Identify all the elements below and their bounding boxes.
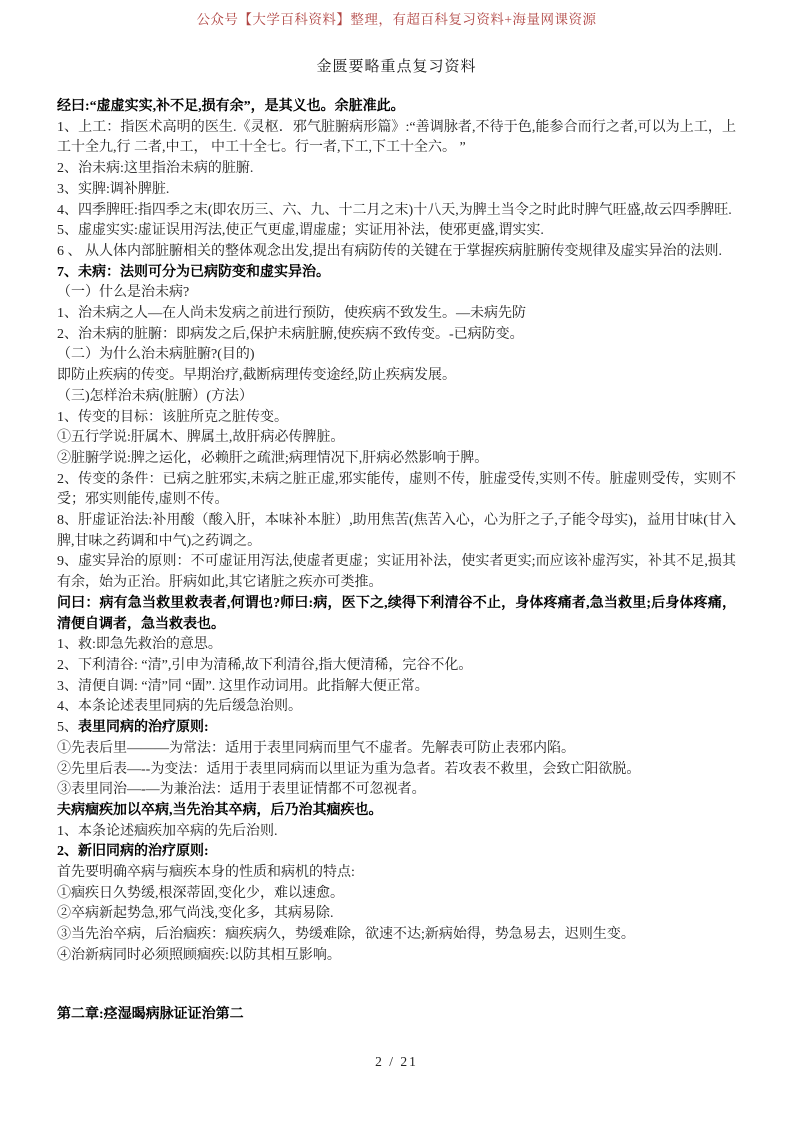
text-run: ①先表后里———为常法：适用于表里同病而里气不虚者。先解表可防止表邪内陷。 — [57, 741, 575, 756]
text-run: ②脏腑学说:脾之运化，必赖肝之疏泄;病理情况下,肝病必然影响于脾。 — [57, 451, 488, 466]
text-run: 4、本条论述表里同病的先后缓急治则。 — [57, 699, 302, 714]
paragraph: 夫病痼疾加以卒病,当先治其卒病，后乃治其痼疾也。 — [57, 801, 736, 822]
document-title: 金匮要略重点复习资料 — [57, 55, 736, 76]
text-run: 5、虚虚实实:虚证误用泻法,使正气更虚,谓虚虚；实证用补法，使邪更盛,谓实实. — [57, 223, 544, 238]
text-run: ③表里同治—-—为兼治法：适用于表里证情都不可忽视者。 — [57, 782, 426, 797]
text-run: ①五行学说:肝属木、脾属土,故肝病必传脾脏。 — [57, 430, 344, 445]
text-run: 2、传变的条件：已病之脏邪实,未病之脏正虚,邪实能传，虚则不传，脏虚受传,实则不… — [57, 472, 736, 508]
text-run: ③当先治卒病，后治痼疾：痼疾病久，势缓难除，欲速不达;新病始得，势急易去，迟则生… — [57, 927, 635, 942]
text-run: ④治新病同时必须照顾痼疾:以防其相互影响。 — [57, 948, 341, 963]
text-run: 即防止疾病的传变。早期治疗,截断病理传变途经,防止疾病发展。 — [57, 368, 456, 383]
text-run: 7、未病：法则可分为已病防变和虚实异治。 — [57, 265, 330, 280]
text-run: 4、四季脾旺:指四季之末(即农历三、六、九、十二月之末)十八天,为脾土当令之时此… — [57, 203, 732, 218]
paragraph: 即防止疾病的传变。早期治疗,截断病理传变途经,防止疾病发展。 — [57, 366, 736, 387]
chapter-heading: 第二章:痉湿暍病脉证证治第二 — [57, 1005, 736, 1026]
paragraph: ③表里同治—-—为兼治法：适用于表里证情都不可忽视者。 — [57, 780, 736, 801]
paragraph: 首先要明确卒病与痼疾本身的性质和病机的特点: — [57, 863, 736, 884]
paragraph: 2、下利清谷: “清”,引申为清稀,故下利清谷,指大便清稀，完谷不化。 — [57, 656, 736, 677]
paragraphs: 经曰:“虚虚实实,补不足,损有余”，是其义也。余脏准此。1、上工：指医术高明的医… — [57, 97, 736, 1025]
paragraph: 1、救:即急先救治的意思。 — [57, 635, 736, 656]
paragraph: 6 、 从人体内部脏腑相关的整体观念出发,提出有病防传的关键在于掌握疾病脏腑传变… — [57, 242, 736, 263]
paragraph: ①痼疾日久势缓,根深蒂固,变化少，难以速愈。 — [57, 884, 736, 905]
text-run: 3、清便自调: “清”同 “圊”. 这里作动词用。此指解大便正常。 — [57, 679, 429, 694]
text-run: （一）什么是治未病? — [57, 285, 189, 300]
paragraph: ①五行学说:肝属木、脾属土,故肝病必传脾脏。 — [57, 428, 736, 449]
text-run: 夫病痼疾加以卒病,当先治其卒病，后乃治其痼疾也。 — [57, 803, 383, 818]
paragraph: 2、治未病:这里指治未病的脏腑. — [57, 159, 736, 180]
paragraph: （一）什么是治未病? — [57, 283, 736, 304]
paragraph: 1、治未病之人—在人尚未发病之前进行预防，使疾病不致发生。—未病先防 — [57, 304, 736, 325]
text-run: 表里同病的治疗原则: — [78, 720, 209, 735]
text-run: 6 、 从人体内部脏腑相关的整体观念出发,提出有病防传的关键在于掌握疾病脏腑传变… — [57, 244, 722, 259]
paragraph: 4、四季脾旺:指四季之末(即农历三、六、九、十二月之末)十八天,为脾土当令之时此… — [57, 201, 736, 222]
text-run: 经曰:“虚虚实实,补不足,损有余”，是其义也。余脏准此。 — [57, 99, 405, 114]
text-run: 2、治未病的脏腑：即病发之后,保护未病脏腑,使疾病不致传变。-已病防变。 — [57, 327, 524, 342]
text-run: 8、肝虚证治法:补用酸（酸入肝，本味补本脏）,助用焦苦(焦苦入心，心为肝之子,子… — [57, 513, 736, 549]
document-page: 公众号【大学百科资料】整理，有超百科复习资料+海量网课资源 金匮要略重点复习资料… — [0, 0, 793, 1122]
paragraph: ②先里后表—--为变法：适用于表里同病而以里证为重为急者。若攻表不救里，会致亡阳… — [57, 760, 736, 781]
text-run: 2、新旧同病的治疗原则: — [57, 844, 209, 859]
text-run: 1、救:即急先救治的意思。 — [57, 637, 222, 652]
paragraph: ③当先治卒病，后治痼疾：痼疾病久，势缓难除，欲速不达;新病始得，势急易去，迟则生… — [57, 925, 736, 946]
text-run: ②卒病新起势急,邪气尚浅,变化多，其病易除. — [57, 906, 334, 921]
text-run: 3、实脾:调补脾脏. — [57, 182, 169, 197]
paragraph: 3、实脾:调补脾脏. — [57, 180, 736, 201]
paragraph: 2、传变的条件：已病之脏邪实,未病之脏正虚,邪实能传，虚则不传，脏虚受传,实则不… — [57, 470, 736, 511]
page-header-note: 公众号【大学百科资料】整理，有超百科复习资料+海量网课资源 — [57, 8, 736, 28]
paragraph: 1、上工：指医术高明的医生.《灵枢．邪气脏腑病形篇》:“善调脉者,不待于色,能参… — [57, 118, 736, 159]
paragraph: ②脏腑学说:脾之运化，必赖肝之疏泄;病理情况下,肝病必然影响于脾。 — [57, 449, 736, 470]
text-run: 第二章:痉湿暍病脉证证治第二 — [57, 1007, 244, 1022]
paragraph: 2、治未病的脏腑：即病发之后,保护未病脏腑,使疾病不致传变。-已病防变。 — [57, 325, 736, 346]
paragraph: ①先表后里———为常法：适用于表里同病而里气不虚者。先解表可防止表邪内陷。 — [57, 739, 736, 760]
text-run: ②先里后表—--为变法：适用于表里同病而以里证为重为急者。若攻表不救里，会致亡阳… — [57, 762, 640, 777]
text-run: 1、治未病之人—在人尚未发病之前进行预防，使疾病不致发生。—未病先防 — [57, 306, 526, 321]
paragraph: ②卒病新起势急,邪气尚浅,变化多，其病易除. — [57, 904, 736, 925]
paragraph: （二）为什么治未病脏腑?(目的) — [57, 345, 736, 366]
page-number: 2 / 21 — [57, 1054, 736, 1070]
text-run: （三)怎样治未病(脏腑）(方法） — [57, 389, 253, 404]
paragraph: 经曰:“虚虚实实,补不足,损有余”，是其义也。余脏准此。 — [57, 97, 736, 118]
text-run: 2、治未病:这里指治未病的脏腑. — [57, 161, 253, 176]
paragraph: 问曰：病有急当救里救表者,何谓也?师曰:病，医下之,续得下利清谷不止，身体疼痛者… — [57, 594, 736, 635]
paragraph: 3、清便自调: “清”同 “圊”. 这里作动词用。此指解大便正常。 — [57, 677, 736, 698]
paragraph: 8、肝虚证治法:补用酸（酸入肝，本味补本脏）,助用焦苦(焦苦入心，心为肝之子,子… — [57, 511, 736, 552]
paragraph: 4、本条论述表里同病的先后缓急治则。 — [57, 697, 736, 718]
paragraph: 7、未病：法则可分为已病防变和虚实异治。 — [57, 263, 736, 284]
text-run: 首先要明确卒病与痼疾本身的性质和病机的特点: — [57, 865, 355, 880]
text-run: ①痼疾日久势缓,根深蒂固,变化少，难以速愈。 — [57, 886, 344, 901]
paragraph: 5、表里同病的治疗原则: — [57, 718, 736, 739]
paragraph: 2、新旧同病的治疗原则: — [57, 842, 736, 863]
paragraph: 5、虚虚实实:虚证误用泻法,使正气更虚,谓虚虚；实证用补法，使邪更盛,谓实实. — [57, 221, 736, 242]
text-run: 1、本条论述痼疾加卒病的先后治则. — [57, 824, 278, 839]
paragraph: （三)怎样治未病(脏腑）(方法） — [57, 387, 736, 408]
text-run: 9、虚实异治的原则：不可虚证用泻法,使虚者更虚；实证用补法，使实者更实;而应该补… — [57, 554, 736, 590]
text-run: 2、下利清谷: “清”,引申为清稀,故下利清谷,指大便清稀，完谷不化。 — [57, 658, 472, 673]
paragraph: 1、传变的目标：该脏所克之脏传变。 — [57, 408, 736, 429]
paragraph: ④治新病同时必须照顾痼疾:以防其相互影响。 — [57, 946, 736, 967]
paragraph: 1、本条论述痼疾加卒病的先后治则. — [57, 822, 736, 843]
paragraph: 9、虚实异治的原则：不可虚证用泻法,使虚者更虚；实证用补法，使实者更实;而应该补… — [57, 552, 736, 593]
text-run: 1、上工：指医术高明的医生.《灵枢．邪气脏腑病形篇》:“善调脉者,不待于色,能参… — [57, 120, 736, 156]
text-run: 1、传变的目标：该脏所克之脏传变。 — [57, 410, 288, 425]
text-run: 5、 — [57, 720, 78, 735]
text-run: （二）为什么治未病脏腑?(目的) — [57, 347, 255, 362]
text-run: 问曰：病有急当救里救表者,何谓也?师曰:病，医下之,续得下利清谷不止，身体疼痛者… — [57, 596, 736, 632]
